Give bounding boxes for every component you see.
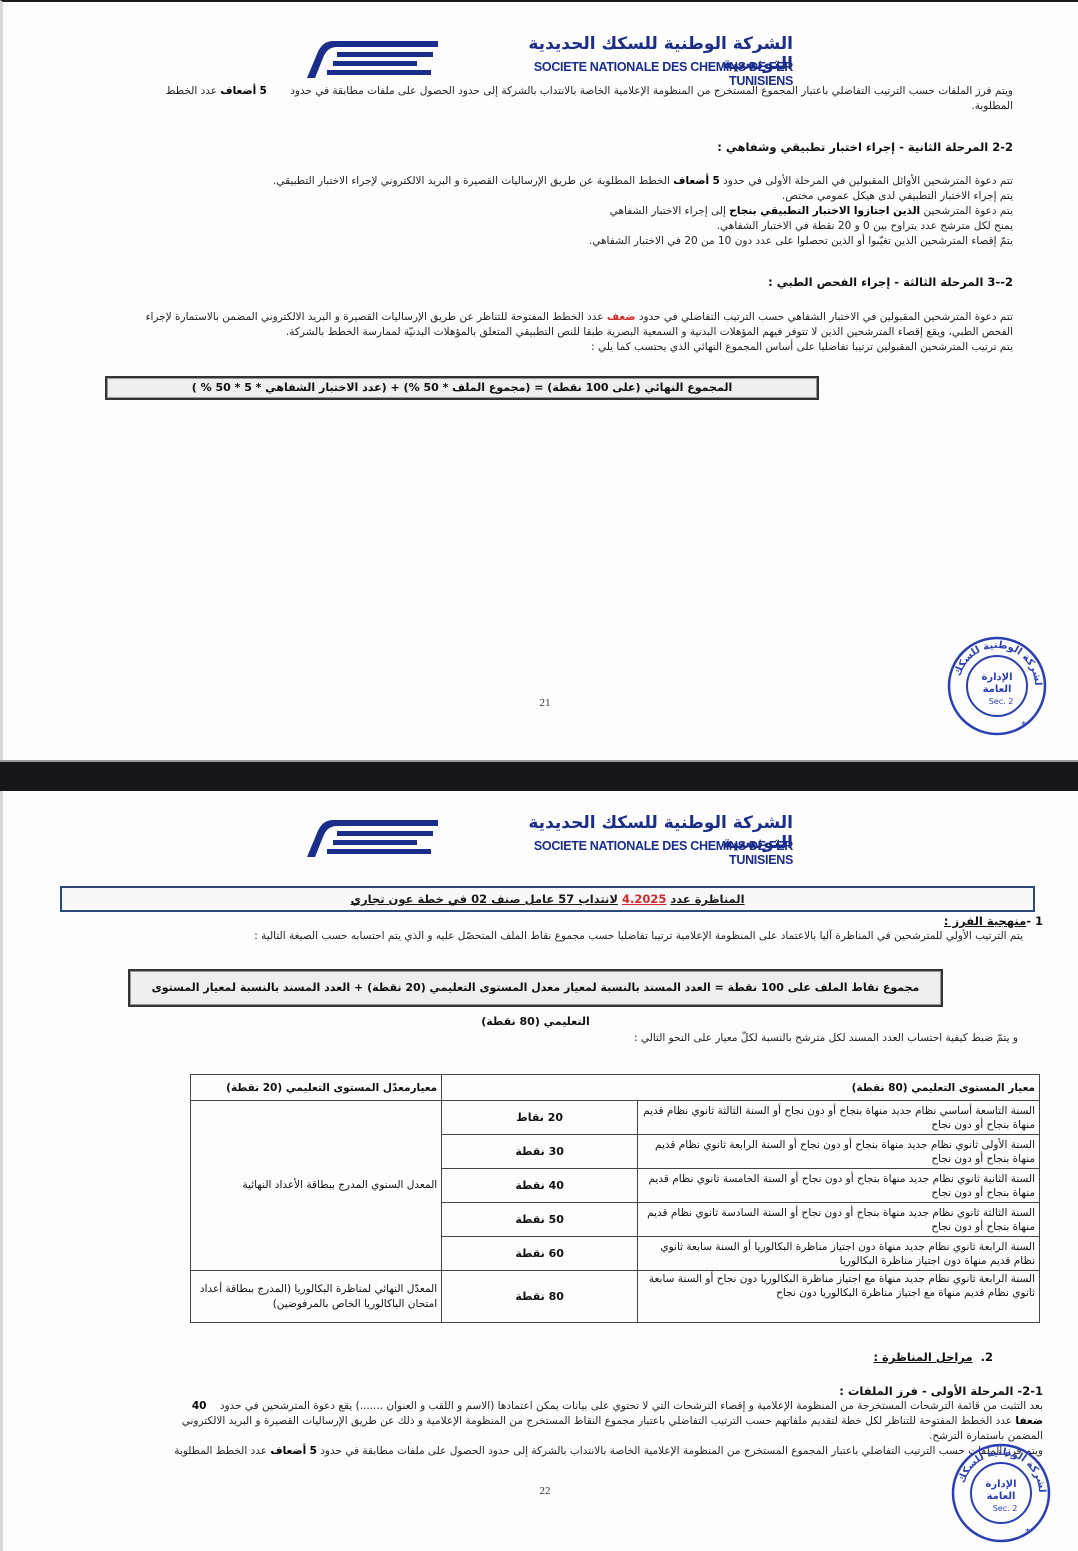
document-page-21: الشركة الوطنية للسكك الحديدية التونسية S… xyxy=(0,0,1078,760)
letterhead: الشركة الوطنية للسكك الحديدية التونسية S… xyxy=(303,34,793,84)
file-score-formula: مجموع نقاط الملف على 100 نقطة = العدد ال… xyxy=(128,969,943,1007)
official-stamp-icon: الشركة الوطنية للسكك الإدارة العامة Sec.… xyxy=(949,1441,1053,1545)
svg-text:*: * xyxy=(1021,720,1026,731)
table-row: السنة الرابعة ثانوي نظام جديد منهاة مع ا… xyxy=(191,1271,1040,1323)
calculation-intro: و يتمّ ضبط كيفية احتساب العدد المسند لكل… xyxy=(303,1031,1018,1046)
section-heading-2-1: 2-1- المرحلة الأولى - فرز الملفات : xyxy=(303,1384,1043,1399)
final-score-formula: المجموع النهائي (على 100 نقطة) = (مجموع … xyxy=(105,376,819,400)
document-page-22: الشركة الوطنية للسكك الحديدية التونسية S… xyxy=(0,791,1078,1551)
section-heading-2-2: 2-2 المرحلة الثانية - إجراء اختبار تطبيق… xyxy=(303,140,1013,155)
competition-title-box: المناظرة عدد 4.2025 لانتداب 57 عامل صنف … xyxy=(60,886,1035,912)
section-2-2-body: تتم دعوة المترشحين الأوائل المقبولين في … xyxy=(63,174,1013,249)
bac-average-criterion: المعدّل النهائي لمناظرة البكالوريا (المد… xyxy=(191,1271,442,1323)
header-education-level: معيار المستوى التعليمي (80 نقطة) xyxy=(442,1075,1040,1101)
svg-text:الإدارة: الإدارة xyxy=(981,672,1012,683)
sncft-logo-icon xyxy=(303,817,443,861)
section-2-3-body: تتم دعوة المترشحين المقبولين في الاختبار… xyxy=(63,310,1013,355)
section-2-1-body: بعد التثبت من قائمة الترشحات المستخرجة م… xyxy=(63,1399,1043,1459)
official-stamp-icon: الشركة الوطنية للسكك الإدارة العامة Sec.… xyxy=(945,634,1049,738)
scoring-criteria-table: معيار المستوى التعليمي (80 نقطة) معيارمع… xyxy=(190,1074,1040,1323)
header-education-average: معيارمعدّل المستوى التعليمي (20 نقطة) xyxy=(191,1075,442,1101)
section-heading-2-3: 2--3 المرحلة الثالثة - إجراء الفحص الطبي… xyxy=(303,275,1013,290)
company-name-french: SOCIETE NATIONALE DES CHEMINS DE FER TUN… xyxy=(473,839,793,867)
table-row: السنة التاسعة أساسي نظام جديد منهاة بنجا… xyxy=(191,1101,1040,1135)
annual-average-criterion: المعدل السنوي المدرج ببطاقة الأعداد النه… xyxy=(191,1101,442,1271)
section-heading-2: 2. مراحل المناظرة : xyxy=(303,1350,993,1365)
letterhead: الشركة الوطنية للسكك الحديدية التونسية S… xyxy=(303,813,793,863)
page-number: 21 xyxy=(515,697,575,709)
svg-text:Sec. 2: Sec. 2 xyxy=(989,697,1014,706)
svg-text:العامة: العامة xyxy=(987,1491,1016,1502)
svg-text:العامة: العامة xyxy=(983,684,1012,695)
page-separator xyxy=(0,760,1078,791)
svg-text:الإدارة: الإدارة xyxy=(985,1479,1016,1490)
sncft-logo-icon xyxy=(303,38,443,82)
section-1-body: يتم الترتيب الأولي للمترشحين في المناظرة… xyxy=(63,929,1023,944)
svg-text:Sec. 2: Sec. 2 xyxy=(993,1504,1018,1513)
table-header-row: معيار المستوى التعليمي (80 نقطة) معيارمع… xyxy=(191,1075,1040,1101)
section-heading-1: 1 -منهجية الفرز : xyxy=(303,914,1043,929)
svg-text:*: * xyxy=(1025,1527,1030,1538)
intro-paragraph: ويتم فرز الملفات حسب الترتيب التفاضلي با… xyxy=(63,84,1013,114)
page-number: 22 xyxy=(515,1485,575,1497)
